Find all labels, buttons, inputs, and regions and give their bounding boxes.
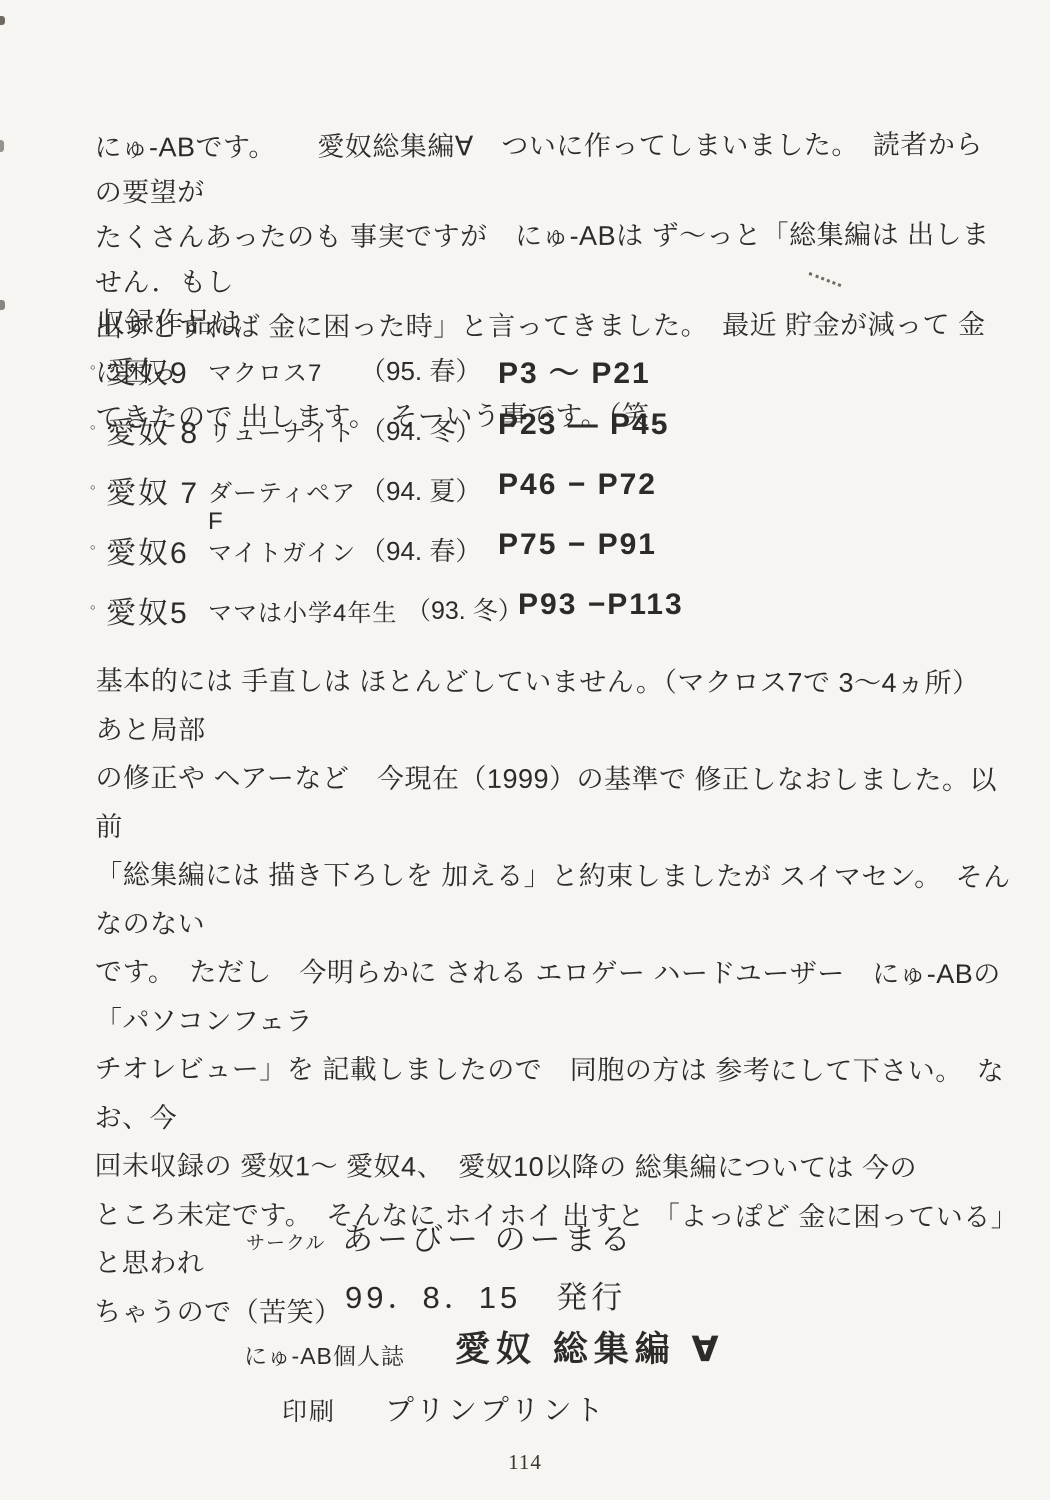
- scan-edge-artifact: [0, 300, 5, 310]
- scan-edge-artifact: [0, 16, 5, 25]
- publication-date: 99．8．15 発行: [345, 1272, 626, 1317]
- circle-name: あーびー のーまる: [342, 1214, 635, 1259]
- printer-label: 印刷: [282, 1392, 336, 1428]
- colophon: サークル あーびー のーまる 99．8．15 発行 にゅ-AB個人誌 愛奴 総集…: [0, 0, 1050, 1500]
- publication-label: にゅ-AB個人誌: [244, 1338, 405, 1371]
- scanned-afterword-page: にゅ-ABです。 愛奴総集編∀ ついに作ってしまいました。 読者からの要望が た…: [0, 0, 1050, 1500]
- circle-label: サークル: [246, 1228, 325, 1255]
- page-number: 114: [0, 1450, 1050, 1475]
- publication-title: 愛奴 総集編 ∀: [455, 1322, 725, 1372]
- scan-edge-artifact: [0, 140, 4, 152]
- printer-name: プリンプリント: [385, 1388, 607, 1429]
